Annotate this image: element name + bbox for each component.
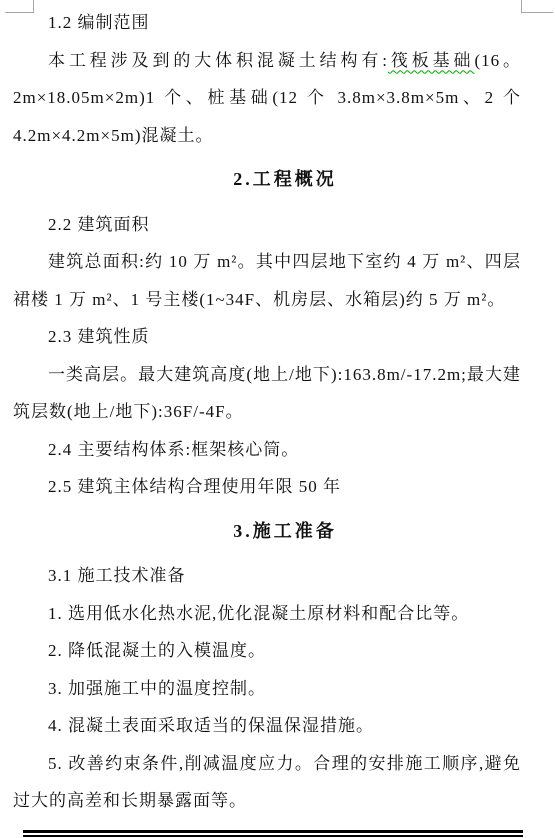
document-page: 1.2 编制范围 本工程涉及到的大体积混凝土结构有:筏板基础(16。2m×18.… — [0, 0, 555, 838]
list-item-1: 1. 选用低水化热水泥,优化混凝土原材料和配合比等。 — [13, 595, 521, 633]
spellchecked-term: 筏板基础 — [388, 51, 474, 70]
chapter-heading-2: 2.工程概况 — [49, 161, 521, 199]
subheading-1-2: 1.2 编制范围 — [13, 4, 521, 42]
document-body: 1.2 编制范围 本工程涉及到的大体积混凝土结构有:筏板基础(16。2m×18.… — [13, 4, 521, 820]
subheading-2-2: 2.2 建筑面积 — [13, 206, 521, 244]
subheading-2-3: 2.3 建筑性质 — [13, 318, 521, 356]
chapter-heading-3: 3.施工准备 — [49, 513, 521, 551]
text-boundary-mark-top-right — [521, 0, 553, 13]
paragraph-scope: 本工程涉及到的大体积混凝土结构有:筏板基础(16。2m×18.05m×2m)1 … — [13, 42, 521, 155]
subheading-2-4: 2.4 主要结构体系:框架核心筒。 — [13, 431, 521, 469]
paragraph-building-area: 建筑总面积:约 10 万 m²。其中四层地下室约 4 万 m²、四层裙楼 1 万… — [13, 243, 521, 318]
subheading-2-5: 2.5 建筑主体结构合理使用年限 50 年 — [13, 468, 521, 506]
paragraph-building-class: 一类高层。最大建筑高度(地上/地下):163.8m/-17.2m;最大建筑层数(… — [13, 356, 521, 431]
subheading-3-1: 3.1 施工技术准备 — [13, 557, 521, 595]
list-item-5: 5. 改善约束条件,削减温度应力。合理的安排施工顺序,避免过大的高差和长期暴露面… — [13, 745, 521, 820]
footer-separator-line — [23, 830, 523, 837]
paragraph-scope-lead: 本工程涉及到的大体积混凝土结构有: — [48, 51, 388, 70]
list-item-4: 4. 混凝土表面采取适当的保温保湿措施。 — [13, 707, 521, 745]
list-item-2: 2. 降低混凝土的入模温度。 — [13, 632, 521, 670]
list-item-3: 3. 加强施工中的温度控制。 — [13, 670, 521, 708]
